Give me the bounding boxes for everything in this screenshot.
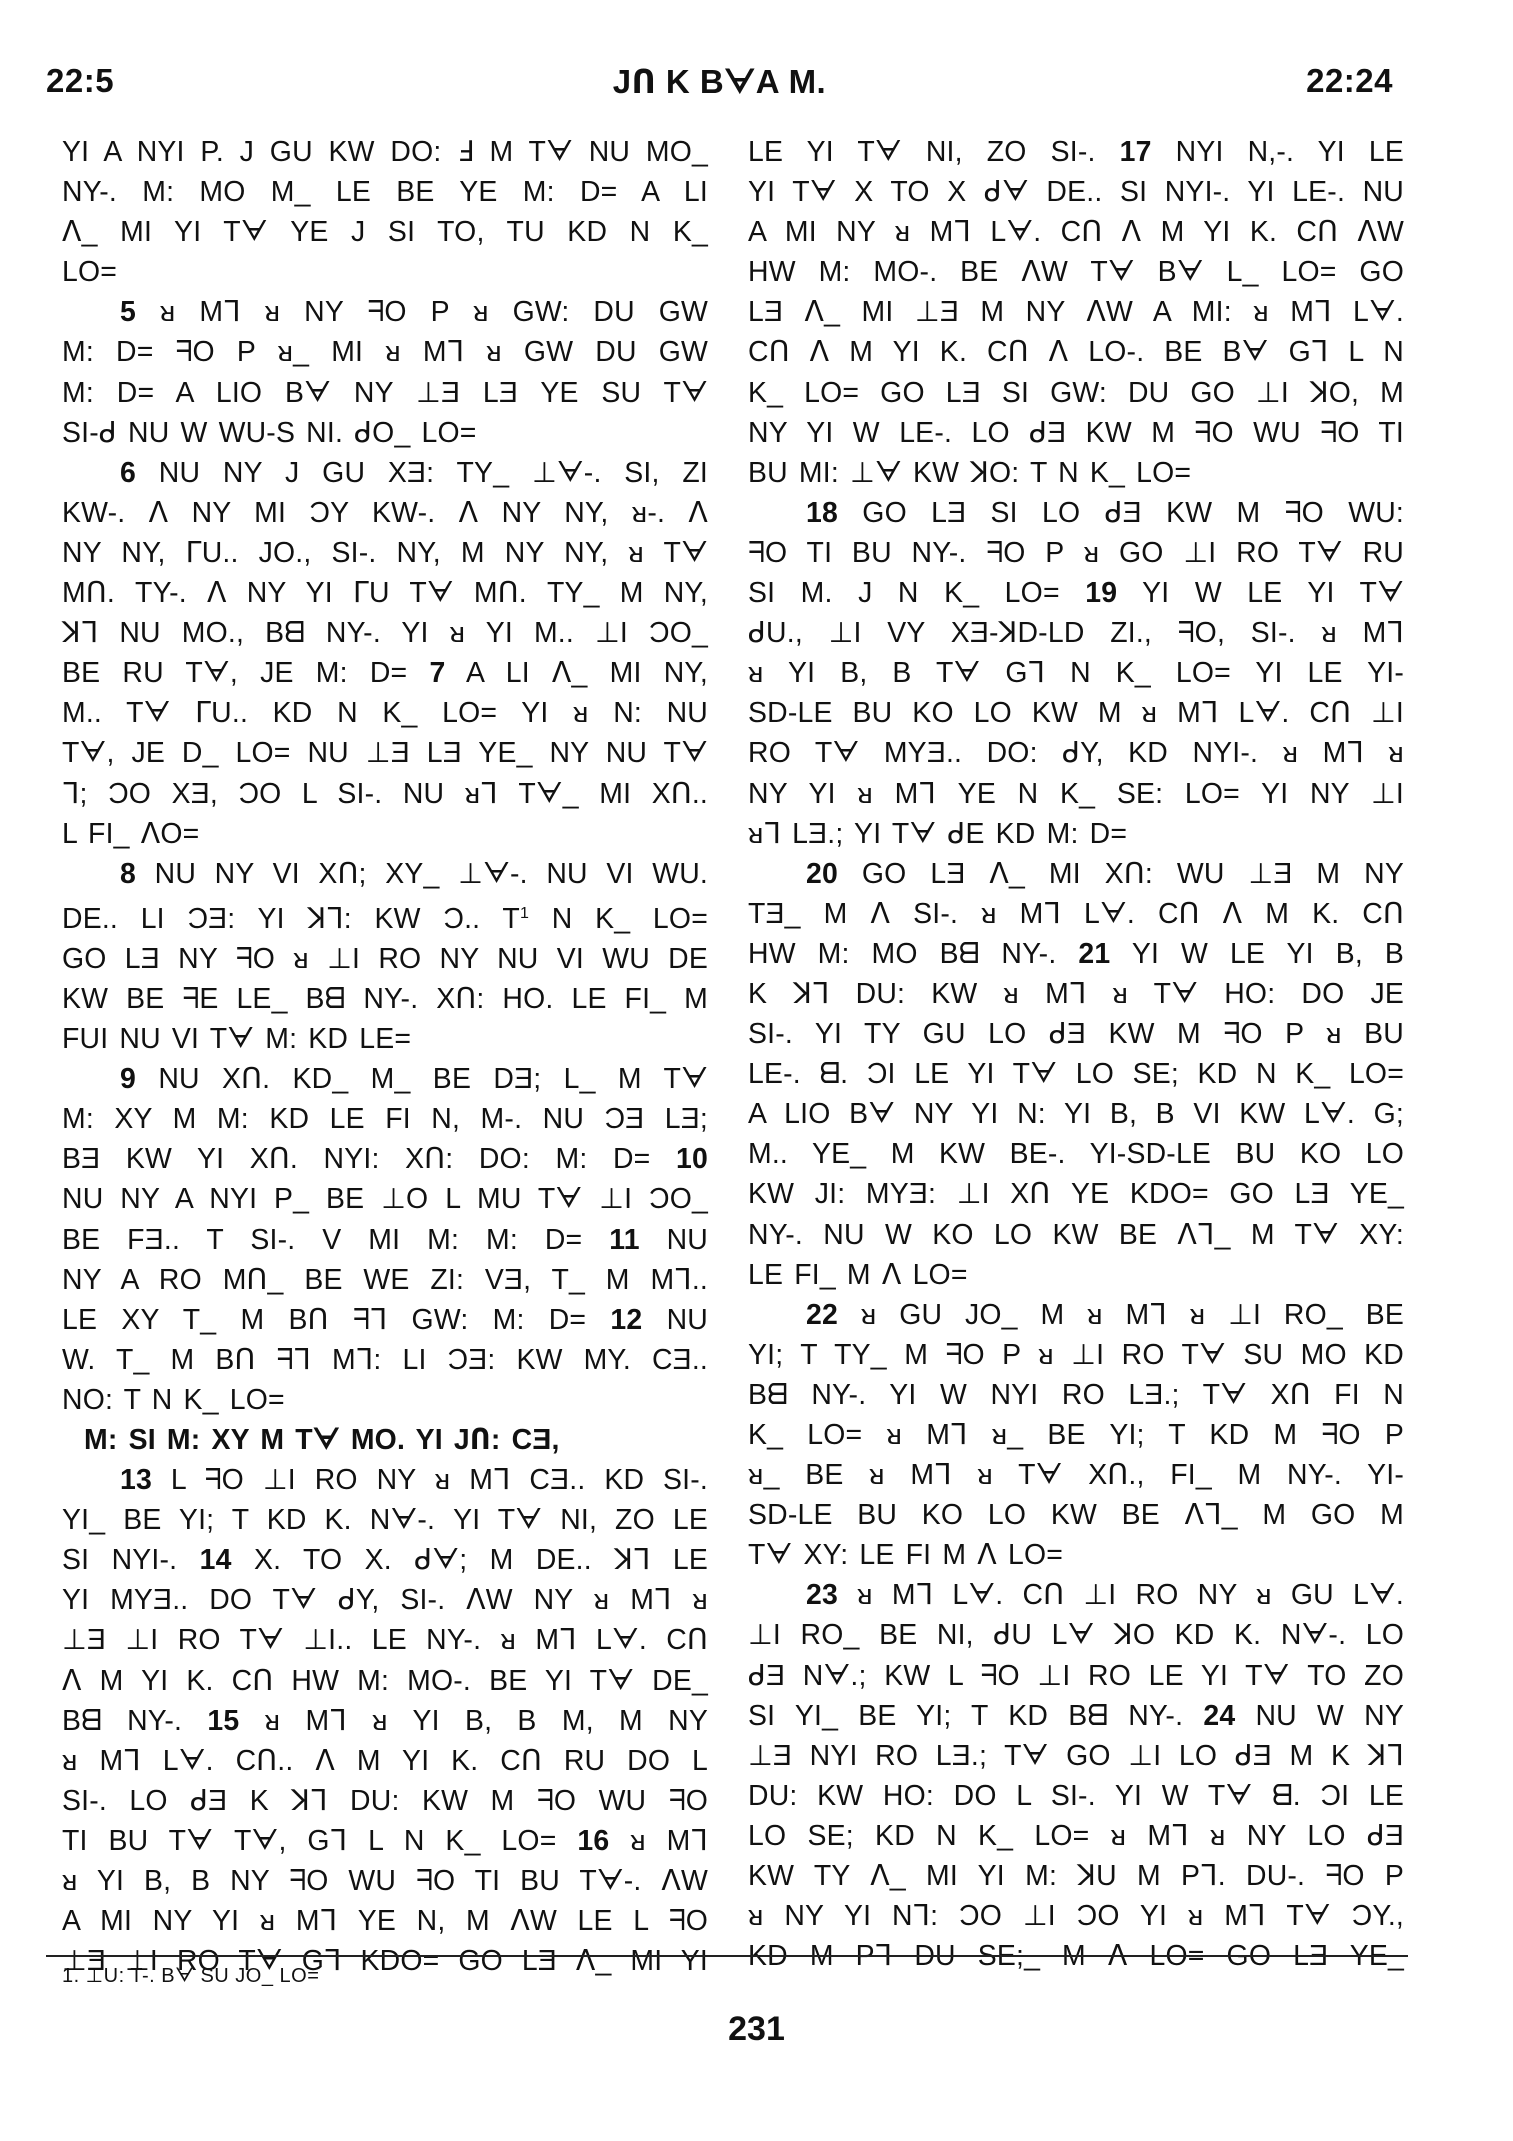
text-line: SI-ᑯ NU W WU-S NI. ᑯO_ LO= bbox=[62, 413, 708, 453]
text-line: KW JI: MYƎ: ⊥I XՈ YE KDO= GO LƎ YE_ bbox=[748, 1174, 1404, 1214]
line-text: GO LƎ ᐱ_ MI XՈ: WU ⊥Ǝ M NY bbox=[862, 858, 1404, 890]
text-line: LE YI Tᗄ NI, ZO SI-. 17 NYI N,-. YI LE bbox=[748, 132, 1404, 172]
text-line: L FI_ ᐱO= bbox=[62, 814, 708, 854]
text-line: M.. Tᗄ ᒥU.. KD N K_ LO= YI ᴚ N: NU bbox=[62, 693, 708, 733]
line-text: A MI NY YI ᴚ Mᒣ YE N, M ᐱW LE L ᖷO bbox=[62, 1905, 708, 1937]
line-text: K_ LO= GO LƎ SI GW: DU GO ⊥I ꓘO, M bbox=[748, 377, 1404, 409]
line-text: ᴚ Mᒣ Lᗄ. CՈ ⊥I RO NY ᴚ GU Lᗄ. bbox=[857, 1579, 1404, 1611]
text-line: ᒣ; ƆO XƎ, ƆO L SI-. NU ᴚᒣ Tᗄ_ MI XՈ.. bbox=[62, 774, 708, 814]
line-text: GO LƎ SI LO ᑯƎ KW M ᖷO WU: bbox=[862, 497, 1404, 529]
line-text: CՈ ᐱ M YI K. CՈ ᐱ LO-. BE Bᗄ Gᒣ L N bbox=[748, 336, 1404, 368]
line-text: LO SE; KD N K_ LO= ᴚ Mᒣ ᴚ NY LO ᑯƎ bbox=[748, 1820, 1404, 1852]
text-line: LE XY T_ M BՈ ᖷᒣ GW: M: D= 12 NU bbox=[62, 1300, 708, 1340]
text-line: A MI NY YI ᴚ Mᒣ YE N, M ᐱW LE L ᖷO bbox=[62, 1901, 708, 1941]
line-text: NO: T N K_ LO= bbox=[62, 1384, 285, 1416]
line-text: LE-. ᗺ. ƆI LE YI Tᗄ LO SE; KD N K_ LO= bbox=[748, 1058, 1404, 1090]
text-line: NY A RO MՈ_ BE WE ZI: VƎ, T_ M Mᒣ.. bbox=[62, 1260, 708, 1300]
verse-number: 19 bbox=[1085, 577, 1117, 609]
line-text: YI_ BE YI; T KD K. Nᗄ-. YI Tᗄ NI, ZO LE bbox=[62, 1504, 708, 1536]
line-text: SI-. LO ᑯƎ K ꓘᒣ DU: KW M ᖷO WU ᖷO bbox=[62, 1785, 708, 1817]
verse-number: 6 bbox=[120, 457, 136, 489]
line-text: ᴚ Mᒣ ᴚ NY ᖷO P ᴚ GW: DU GW bbox=[160, 296, 708, 328]
text-line: 9 NU XՈ. KD_ M_ BE DƎ; L_ M Tᗄ bbox=[62, 1059, 708, 1099]
text-column-right: LE YI Tᗄ NI, ZO SI-. 17 NYI N,-. YI LEYI… bbox=[748, 132, 1404, 1976]
text-line: A LIO Bᗄ NY YI N: YI B, B VI KW Lᗄ. G; bbox=[748, 1094, 1404, 1134]
line-text: SI NYI-. bbox=[62, 1544, 177, 1576]
text-line: 8 NU NY VI XՈ; XY_ ⊥ᗄ-. NU VI WU. bbox=[62, 854, 708, 894]
line-text: W. T_ M BՈ ᖷᒣ Mᒣ: LI ƆƎ: KW MY. CƎ.. bbox=[62, 1344, 708, 1376]
text-line: ᴚᒣ LƎ.; YI Tᗄ ᑯE KD M: D= bbox=[748, 814, 1404, 854]
verse-number: 23 bbox=[806, 1579, 838, 1611]
header-book-title: JՈ K BᗄA M. bbox=[46, 62, 1393, 102]
line-text: NY-. M: MO M_ LE BE YE M: D= A LI bbox=[62, 176, 708, 208]
line-text: ᑯU., ⊥I VY XƎ-ꓘD-LD ZI., ᖷO, SI-. ᴚ Mᒣ bbox=[748, 617, 1404, 649]
line-text: YI W LE YI Tᗄ bbox=[1142, 577, 1404, 609]
line-text: M.. Tᗄ ᒥU.. KD N K_ LO= YI ᴚ N: NU bbox=[62, 697, 708, 729]
line-text: BU MI: ⊥ᗄ KW ꓘO: T N K_ LO= bbox=[748, 457, 1191, 489]
line-text: SD-LE BU KO LO KW M ᴚ Mᒣ Lᗄ. CՈ ⊥I bbox=[748, 697, 1404, 729]
text-line: NO: T N K_ LO= bbox=[62, 1380, 708, 1420]
line-text: HW M: MO Bᗺ NY-. bbox=[748, 938, 1056, 970]
verse-number: 8 bbox=[120, 858, 136, 890]
text-line: ᐱ M YI K. CՈ HW M: MO-. BE YI Tᗄ DE_ bbox=[62, 1661, 708, 1701]
line-text: RO Tᗄ MYƎ.. DO: ᑯY, KD NYI-. ᴚ Mᒣ ᴚ bbox=[748, 737, 1404, 769]
text-line: ᐱ_ MI YI Tᗄ YE J SI TO, TU KD N K_ bbox=[62, 212, 708, 252]
text-line: 18 GO LƎ SI LO ᑯƎ KW M ᖷO WU: bbox=[748, 493, 1404, 533]
line-text: LE YI Tᗄ NI, ZO SI-. bbox=[748, 136, 1096, 168]
line-text: L ᖷO ⊥I RO NY ᴚ Mᒣ CƎ.. KD SI-. bbox=[171, 1464, 708, 1496]
text-line: KW TY ᐱ_ MI YI M: ꓘU M Pᒣ. DU-. ᖷO P bbox=[748, 1856, 1404, 1896]
verse-number: 22 bbox=[806, 1299, 838, 1331]
line-text: TƎ_ M ᐱ SI-. ᴚ Mᒣ Lᗄ. CՈ ᐱ M K. CՈ bbox=[748, 898, 1404, 930]
verse-number: 14 bbox=[200, 1544, 232, 1576]
line-text: GO LƎ NY ᖷO ᴚ ⊥I RO NY NU VI WU DE bbox=[62, 943, 708, 975]
text-line: 6 NU NY J GU XƎ: TY_ ⊥ᗄ-. SI, ZI bbox=[62, 453, 708, 493]
verse-number: 12 bbox=[610, 1304, 642, 1336]
text-line: NY YI ᴚ Mᒣ YE N K_ SE: LO= YI NY ⊥I bbox=[748, 774, 1404, 814]
line-text: KW-. ᐱ NY MI ƆY KW-. ᐱ NY NY, ᴚ-. ᐱ bbox=[62, 497, 708, 529]
text-line: LO SE; KD N K_ LO= ᴚ Mᒣ ᴚ NY LO ᑯƎ bbox=[748, 1816, 1404, 1856]
line-text: HW M: MO-. BE ᐱW Tᗄ Bᗄ L_ LO= GO bbox=[748, 256, 1404, 288]
line-text: ᖷO TI BU NY-. ᖷO P ᴚ GO ⊥I RO Tᗄ RU bbox=[748, 537, 1404, 569]
text-line: SI YI_ BE YI; T KD Bᗺ NY-. 24 NU W NY bbox=[748, 1696, 1404, 1736]
line-text: SI YI_ BE YI; T KD Bᗺ NY-. bbox=[748, 1700, 1183, 1732]
text-line: ᑯU., ⊥I VY XƎ-ꓘD-LD ZI., ᖷO, SI-. ᴚ Mᒣ bbox=[748, 613, 1404, 653]
line-text: FUI NU VI Tᗄ M: KD LE= bbox=[62, 1023, 411, 1055]
line-text: Tᗄ, JE D_ LO= NU ⊥Ǝ LƎ YE_ NY NU Tᗄ bbox=[62, 737, 708, 769]
line-text: ᐱ M YI K. CՈ HW M: MO-. BE YI Tᗄ DE_ bbox=[62, 1665, 708, 1697]
text-line: YI A NYI P. J GU KW DO: Ⅎ M Tᗄ NU MO_ bbox=[62, 132, 708, 172]
footnote-divider bbox=[46, 1955, 1408, 1957]
text-line: BU MI: ⊥ᗄ KW ꓘO: T N K_ LO= bbox=[748, 453, 1404, 493]
line-text: L FI_ ᐱO= bbox=[62, 818, 199, 850]
text-line: DU: KW HO: DO L SI-. YI W Tᗄ ᗺ. ƆI LE bbox=[748, 1776, 1404, 1816]
verse-number: 15 bbox=[207, 1705, 239, 1737]
line-text: BE RU Tᗄ, JE M: D= bbox=[62, 657, 407, 689]
text-line: SI NYI-. 14 X. TO X. ᑯᗄ; M DE.. ꓘᒣ LE bbox=[62, 1540, 708, 1580]
line-text: NU bbox=[667, 1224, 708, 1256]
line-text: K ꓘᒣ DU: KW ᴚ Mᒣ ᴚ Tᗄ HO: DO JE bbox=[748, 978, 1404, 1010]
line-text: NY A RO MՈ_ BE WE ZI: VƎ, T_ M Mᒣ.. bbox=[62, 1264, 708, 1296]
verse-number: 24 bbox=[1203, 1700, 1235, 1732]
line-text: ᐱ_ MI YI Tᗄ YE J SI TO, TU KD N K_ bbox=[62, 216, 708, 248]
text-line: SI-. LO ᑯƎ K ꓘᒣ DU: KW M ᖷO WU ᖷO bbox=[62, 1781, 708, 1821]
text-line: Tᗄ, JE D_ LO= NU ⊥Ǝ LƎ YE_ NY NU Tᗄ bbox=[62, 733, 708, 773]
verse-number: 11 bbox=[609, 1224, 639, 1256]
text-line: NY-. M: MO M_ LE BE YE M: D= A LI bbox=[62, 172, 708, 212]
text-line: TI BU Tᗄ Tᗄ, Gᒣ L N K_ LO= 16 ᴚ Mᒣ bbox=[62, 1821, 708, 1861]
line-text: NY NY, ᒥU.. JO., SI-. NY, M NY NY, ᴚ Tᗄ bbox=[62, 537, 708, 569]
line-text: ᴚᒣ LƎ.; YI Tᗄ ᑯE KD M: D= bbox=[748, 818, 1127, 850]
text-line: CՈ ᐱ M YI K. CՈ ᐱ LO-. BE Bᗄ Gᒣ L N bbox=[748, 332, 1404, 372]
line-text: ᒣ; ƆO XƎ, ƆO L SI-. NU ᴚᒣ Tᗄ_ MI XՈ.. bbox=[62, 778, 708, 810]
line-text: KW TY ᐱ_ MI YI M: ꓘU M Pᒣ. DU-. ᖷO P bbox=[748, 1860, 1404, 1892]
line-text: BƎ KW YI XՈ. NYI: XՈ: DO: M: D= bbox=[62, 1143, 650, 1175]
line-text: A MI NY ᴚ Mᒣ Lᗄ. CՈ ᐱ M YI K. CՈ ᐱW bbox=[748, 216, 1404, 248]
text-line: BE FƎ.. T SI-. V MI M: M: D= 11 NU bbox=[62, 1220, 708, 1260]
text-line: DE.. LI ƆƎ: YI ꓘᒣ: KW Ɔ.. T1 N K_ LO= bbox=[62, 894, 708, 939]
line-text: NU bbox=[667, 1304, 708, 1336]
text-line: KW-. ᐱ NY MI ƆY KW-. ᐱ NY NY, ᴚ-. ᐱ bbox=[62, 493, 708, 533]
line-text: A LI ᐱ_ MI NY, bbox=[466, 657, 708, 689]
text-line: ᴚ_ BE ᴚ Mᒣ ᴚ Tᗄ XՈ., FI_ M NY-. YI- bbox=[748, 1455, 1404, 1495]
text-line: MՈ. TY-. ᐱ NY YI ᒥU Tᗄ MՈ. TY_ M NY, bbox=[62, 573, 708, 613]
header-chapter-verse-end: 22:24 bbox=[1306, 62, 1393, 100]
text-line: 22 ᴚ GU JO_ M ᴚ Mᒣ ᴚ ⊥I RO_ BE bbox=[748, 1295, 1404, 1335]
verse-number: 18 bbox=[806, 497, 838, 529]
line-text: Tᗄ XY: LE FI M ᐱ LO= bbox=[748, 1539, 1063, 1571]
line-text: ᑯƎ Nᗄ.; KW L ᖷO ⊥I RO LE YI Tᗄ TO ZO bbox=[748, 1660, 1404, 1692]
running-header: 22:5 JՈ K BᗄA M. 22:24 bbox=[46, 62, 1393, 106]
text-line: M: D= A LIO Bᗄ NY ⊥Ǝ LƎ YE SU Tᗄ bbox=[62, 373, 708, 413]
text-line: HW M: MO Bᗺ NY-. 21 YI W LE YI B, B bbox=[748, 934, 1404, 974]
verse-number: 7 bbox=[429, 657, 445, 689]
text-line: K_ LO= ᴚ Mᒣ ᴚ_ BE YI; T KD M ᖷO P bbox=[748, 1415, 1404, 1455]
text-line: K ꓘᒣ DU: KW ᴚ Mᒣ ᴚ Tᗄ HO: DO JE bbox=[748, 974, 1404, 1014]
text-line: M: D= ᖷO P ᴚ_ MI ᴚ Mᒣ ᴚ GW DU GW bbox=[62, 332, 708, 372]
line-text: M: D= ᖷO P ᴚ_ MI ᴚ Mᒣ ᴚ GW DU GW bbox=[62, 336, 708, 368]
text-line: Bᗺ NY-. YI W NYI RO LƎ.; Tᗄ XՈ FI N bbox=[748, 1375, 1404, 1415]
verse-number: 20 bbox=[806, 858, 838, 890]
text-line: W. T_ M BՈ ᖷᒣ Mᒣ: LI ƆƎ: KW MY. CƎ.. bbox=[62, 1340, 708, 1380]
text-line: NY YI W LE-. LO ᑯƎ KW M ᖷO WU ᖷO TI bbox=[748, 413, 1404, 453]
line-text: DE.. LI ƆƎ: YI ꓘᒣ: KW Ɔ.. T bbox=[62, 903, 520, 935]
text-line: ᴚ Mᒣ Lᗄ. CՈ.. ᐱ M YI K. CՈ RU DO L bbox=[62, 1741, 708, 1781]
line-text: ᴚ Mᒣ ᴚ YI B, B M, M NY bbox=[265, 1705, 708, 1737]
line-text: SI-ᑯ NU W WU-S NI. ᑯO_ LO= bbox=[62, 417, 477, 449]
text-line: ⊥I RO_ BE NI, ᑯU Lᗄ ꓘO KD K. Nᗄ-. LO bbox=[748, 1615, 1404, 1655]
line-text: LO= bbox=[62, 256, 117, 288]
text-line: K_ LO= GO LƎ SI GW: DU GO ⊥I ꓘO, M bbox=[748, 373, 1404, 413]
text-line: YI; T TY_ M ᖷO P ᴚ ⊥I RO Tᗄ SU MO KD bbox=[748, 1335, 1404, 1375]
text-line: ᴚ YI B, B Tᗄ Gᒣ N K_ LO= YI LE YI- bbox=[748, 653, 1404, 693]
text-line: FUI NU VI Tᗄ M: KD LE= bbox=[62, 1019, 708, 1059]
line-text: NU W NY bbox=[1255, 1700, 1404, 1732]
line-text: ᴚ_ BE ᴚ Mᒣ ᴚ Tᗄ XՈ., FI_ M NY-. YI- bbox=[748, 1459, 1404, 1491]
text-line: LO= bbox=[62, 252, 708, 292]
line-text: Bᗺ NY-. bbox=[62, 1705, 182, 1737]
line-text: MՈ. TY-. ᐱ NY YI ᒥU Tᗄ MՈ. TY_ M NY, bbox=[62, 577, 708, 609]
page-number: 231 bbox=[0, 2010, 1513, 2049]
line-text: KW JI: MYƎ: ⊥I XՈ YE KDO= GO LƎ YE_ bbox=[748, 1178, 1404, 1210]
line-text: M: D= A LIO Bᗄ NY ⊥Ǝ LƎ YE SU Tᗄ bbox=[62, 377, 708, 409]
text-line: NU NY A NYI P_ BE ⊥O L MU Tᗄ ⊥I ƆO_ bbox=[62, 1179, 708, 1219]
text-line: YI MYƎ.. DO Tᗄ ᑯY, SI-. ᐱW NY ᴚ Mᒣ ᴚ bbox=[62, 1580, 708, 1620]
footnote: 1. ⊥U: T-. Bᗄ SU JO_ LO= bbox=[62, 1963, 319, 1988]
verse-number: 10 bbox=[676, 1143, 708, 1175]
line-text: YI Tᗄ X TO X ᑯᗄ DE.. SI NYI-. YI LE-. NU bbox=[748, 176, 1404, 208]
text-line: YI Tᗄ X TO X ᑯᗄ DE.. SI NYI-. YI LE-. NU bbox=[748, 172, 1404, 212]
text-line: SD-LE BU KO LO KW M ᴚ Mᒣ Lᗄ. CՈ ⊥I bbox=[748, 693, 1404, 733]
verse-number: 13 bbox=[120, 1464, 152, 1496]
text-line: GO LƎ NY ᖷO ᴚ ⊥I RO NY NU VI WU DE bbox=[62, 939, 708, 979]
text-line: A MI NY ᴚ Mᒣ Lᗄ. CՈ ᐱ M YI K. CՈ ᐱW bbox=[748, 212, 1404, 252]
text-line: HW M: MO-. BE ᐱW Tᗄ Bᗄ L_ LO= GO bbox=[748, 252, 1404, 292]
line-text: NY YI ᴚ Mᒣ YE N K_ SE: LO= YI NY ⊥I bbox=[748, 778, 1404, 810]
text-line: 5 ᴚ Mᒣ ᴚ NY ᖷO P ᴚ GW: DU GW bbox=[62, 292, 708, 332]
text-column-left: YI A NYI P. J GU KW DO: Ⅎ M Tᗄ NU MO_NY-… bbox=[62, 132, 708, 1981]
text-line: 20 GO LƎ ᐱ_ MI XՈ: WU ⊥Ǝ M NY bbox=[748, 854, 1404, 894]
line-text: ᴚ Mᒣ bbox=[630, 1825, 708, 1857]
text-line: ᴚ YI B, B NY ᖷO WU ᖷO TI BU Tᗄ-. ᐱW bbox=[62, 1861, 708, 1901]
text-line: ᴚ NY YI Nᒣ: ƆO ⊥I ƆO YI ᴚ Mᒣ Tᗄ ƆY., bbox=[748, 1896, 1404, 1936]
line-text: YI W LE YI B, B bbox=[1132, 938, 1404, 970]
line-text: ⊥I RO_ BE NI, ᑯU Lᗄ ꓘO KD K. Nᗄ-. LO bbox=[748, 1619, 1404, 1651]
line-text: ꓘᒣ NU MO., Bᗺ NY-. YI ᴚ YI M.. ⊥I ƆO_ bbox=[62, 617, 708, 649]
line-text: M: XY M M: KD LE FI N, M-. NU ƆƎ LƎ; bbox=[62, 1103, 708, 1135]
text-line: SI M. J N K_ LO= 19 YI W LE YI Tᗄ bbox=[748, 573, 1404, 613]
line-text: ᴚ YI B, B Tᗄ Gᒣ N K_ LO= YI LE YI- bbox=[748, 657, 1404, 689]
text-line: 13 L ᖷO ⊥I RO NY ᴚ Mᒣ CƎ.. KD SI-. bbox=[62, 1460, 708, 1500]
line-text: TI BU Tᗄ Tᗄ, Gᒣ L N K_ LO= bbox=[62, 1825, 556, 1857]
text-line: SI-. YI TY GU LO ᑯƎ KW M ᖷO P ᴚ BU bbox=[748, 1014, 1404, 1054]
line-text: NU XՈ. KD_ M_ BE DƎ; L_ M Tᗄ bbox=[158, 1063, 708, 1095]
line-text: LE XY T_ M BՈ ᖷᒣ GW: M: D= bbox=[62, 1304, 586, 1336]
line-text: KW BE ᖷE LE_ Bᗺ NY-. XՈ: HO. LE FI_ M bbox=[62, 983, 708, 1015]
text-line: BE RU Tᗄ, JE M: D= 7 A LI ᐱ_ MI NY, bbox=[62, 653, 708, 693]
text-line: YI_ BE YI; T KD K. Nᗄ-. YI Tᗄ NI, ZO LE bbox=[62, 1500, 708, 1540]
line-text: NY-. NU W KO LO KW BE ᐱᒣ_ M Tᗄ XY: bbox=[748, 1219, 1404, 1251]
text-line: M.. YE_ M KW BE-. YI-SD-LE BU KO LO bbox=[748, 1134, 1404, 1174]
verse-number: 16 bbox=[577, 1825, 609, 1857]
verse-number: 21 bbox=[1078, 938, 1110, 970]
text-line: TƎ_ M ᐱ SI-. ᴚ Mᒣ Lᗄ. CՈ ᐱ M K. CՈ bbox=[748, 894, 1404, 934]
line-text: YI; T TY_ M ᖷO P ᴚ ⊥I RO Tᗄ SU MO KD bbox=[748, 1339, 1404, 1371]
text-line: LE FI_ M ᐱ LO= bbox=[748, 1255, 1404, 1295]
text-line: ⊥Ǝ NYI RO LƎ.; Tᗄ GO ⊥I LO ᑯƎ M K ꓘᒣ bbox=[748, 1736, 1404, 1776]
line-text: Bᗺ NY-. YI W NYI RO LƎ.; Tᗄ XՈ FI N bbox=[748, 1379, 1404, 1411]
line-text: K_ LO= ᴚ Mᒣ ᴚ_ BE YI; T KD M ᖷO P bbox=[748, 1419, 1404, 1451]
line-text: LE FI_ M ᐱ LO= bbox=[748, 1259, 968, 1291]
text-line: RO Tᗄ MYƎ.. DO: ᑯY, KD NYI-. ᴚ Mᒣ ᴚ bbox=[748, 733, 1404, 773]
verse-number: 9 bbox=[120, 1063, 136, 1095]
line-text: NYI N,-. YI LE bbox=[1176, 136, 1404, 168]
text-line: NY NY, ᒥU.. JO., SI-. NY, M NY NY, ᴚ Tᗄ bbox=[62, 533, 708, 573]
text-line: Bᗺ NY-. 15 ᴚ Mᒣ ᴚ YI B, B M, M NY bbox=[62, 1701, 708, 1741]
text-line: ᑯƎ Nᗄ.; KW L ᖷO ⊥I RO LE YI Tᗄ TO ZO bbox=[748, 1656, 1404, 1696]
line-text: NY YI W LE-. LO ᑯƎ KW M ᖷO WU ᖷO TI bbox=[748, 417, 1404, 449]
text-line: M: XY M M: KD LE FI N, M-. NU ƆƎ LƎ; bbox=[62, 1099, 708, 1139]
text-line: 23 ᴚ Mᒣ Lᗄ. CՈ ⊥I RO NY ᴚ GU Lᗄ. bbox=[748, 1575, 1404, 1615]
line-text: NU NY A NYI P_ BE ⊥O L MU Tᗄ ⊥I ƆO_ bbox=[62, 1183, 708, 1215]
line-text: ᴚ NY YI Nᒣ: ƆO ⊥I ƆO YI ᴚ Mᒣ Tᗄ ƆY., bbox=[748, 1900, 1404, 1932]
line-text: DU: KW HO: DO L SI-. YI W Tᗄ ᗺ. ƆI LE bbox=[748, 1780, 1404, 1812]
line-text: M: SI M: XY M Tᗄ MO. YI JՈ: CƎ, bbox=[84, 1424, 560, 1456]
text-line: LE-. ᗺ. ƆI LE YI Tᗄ LO SE; KD N K_ LO= bbox=[748, 1054, 1404, 1094]
line-text: BE FƎ.. T SI-. V MI M: M: D= bbox=[62, 1224, 582, 1256]
text-line: SD-LE BU KO LO KW BE ᐱᒣ_ M GO M bbox=[748, 1495, 1404, 1535]
line-text: SD-LE BU KO LO KW BE ᐱᒣ_ M GO M bbox=[748, 1499, 1404, 1531]
line-text: NU NY J GU XƎ: TY_ ⊥ᗄ-. SI, ZI bbox=[159, 457, 708, 489]
text-line: KW BE ᖷE LE_ Bᗺ NY-. XՈ: HO. LE FI_ M bbox=[62, 979, 708, 1019]
line-text: ⊥Ǝ NYI RO LƎ.; Tᗄ GO ⊥I LO ᑯƎ M K ꓘᒣ bbox=[748, 1740, 1404, 1772]
text-line: Tᗄ XY: LE FI M ᐱ LO= bbox=[748, 1535, 1404, 1575]
line-text: ᴚ YI B, B NY ᖷO WU ᖷO TI BU Tᗄ-. ᐱW bbox=[62, 1865, 708, 1897]
line-text: YI A NYI P. J GU KW DO: Ⅎ M Tᗄ NU MO_ bbox=[62, 136, 708, 168]
line-text: SI-. YI TY GU LO ᑯƎ KW M ᖷO P ᴚ BU bbox=[748, 1018, 1404, 1050]
verse-number: 5 bbox=[120, 296, 136, 328]
footnote-marker: 1 bbox=[520, 905, 529, 922]
line-text: ⊥Ǝ ⊥I RO Tᗄ ⊥I.. LE NY-. ᴚ Mᒣ Lᗄ. CՈ bbox=[62, 1624, 708, 1656]
text-line: NY-. NU W KO LO KW BE ᐱᒣ_ M Tᗄ XY: bbox=[748, 1215, 1404, 1255]
line-text: YI MYƎ.. DO Tᗄ ᑯY, SI-. ᐱW NY ᴚ Mᒣ ᴚ bbox=[62, 1584, 708, 1616]
line-text: ᴚ Mᒣ Lᗄ. CՈ.. ᐱ M YI K. CՈ RU DO L bbox=[62, 1745, 708, 1777]
text-line: LƎ ᐱ_ MI ⊥Ǝ M NY ᐱW A MI: ᴚ Mᒣ Lᗄ. bbox=[748, 292, 1404, 332]
line-text: N K_ LO= bbox=[529, 903, 708, 935]
text-line: ⊥Ǝ ⊥I RO Tᗄ ⊥I.. LE NY-. ᴚ Mᒣ Lᗄ. CՈ bbox=[62, 1620, 708, 1660]
text-line: BƎ KW YI XՈ. NYI: XՈ: DO: M: D= 10 bbox=[62, 1139, 708, 1179]
line-text: NU NY VI XՈ; XY_ ⊥ᗄ-. NU VI WU. bbox=[155, 858, 708, 890]
verse-number: 17 bbox=[1120, 136, 1152, 168]
line-text: A LIO Bᗄ NY YI N: YI B, B VI KW Lᗄ. G; bbox=[748, 1098, 1404, 1130]
text-line: ꓘᒣ NU MO., Bᗺ NY-. YI ᴚ YI M.. ⊥I ƆO_ bbox=[62, 613, 708, 653]
line-text: M.. YE_ M KW BE-. YI-SD-LE BU KO LO bbox=[748, 1138, 1404, 1170]
line-text: ᴚ GU JO_ M ᴚ Mᒣ ᴚ ⊥I RO_ BE bbox=[861, 1299, 1404, 1331]
line-text: LƎ ᐱ_ MI ⊥Ǝ M NY ᐱW A MI: ᴚ Mᒣ Lᗄ. bbox=[748, 296, 1404, 328]
section-heading: M: SI M: XY M Tᗄ MO. YI JՈ: CƎ, bbox=[62, 1420, 708, 1460]
line-text: X. TO X. ᑯᗄ; M DE.. ꓘᒣ LE bbox=[254, 1544, 708, 1576]
line-text: SI M. J N K_ LO= bbox=[748, 577, 1060, 609]
text-line: ᖷO TI BU NY-. ᖷO P ᴚ GO ⊥I RO Tᗄ RU bbox=[748, 533, 1404, 573]
